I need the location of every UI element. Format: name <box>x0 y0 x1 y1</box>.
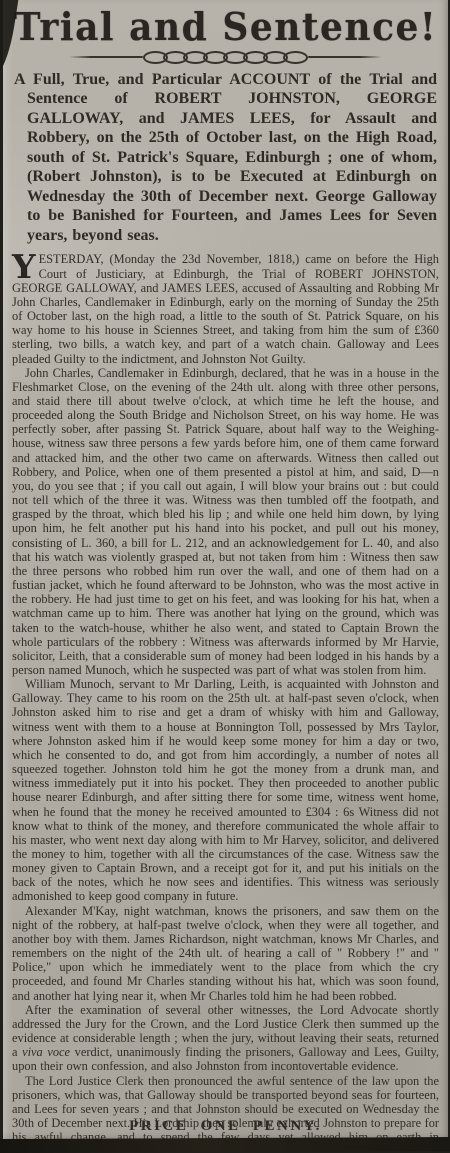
chain-rule-ornament <box>12 51 439 64</box>
scanned-broadside: Trial and Sentence! A Full, True, and Pa… <box>0 0 450 1153</box>
scan-bottom-edge <box>0 1137 450 1153</box>
chain-link-icon <box>283 51 308 64</box>
verdict-latin-phrase: viva voce <box>22 1045 70 1059</box>
subtitle-summary: A Full, True, and Particular ACCOUNT of … <box>14 70 437 246</box>
paragraph-lead: YESTERDAY, (Monday the 23d November, 181… <box>12 252 439 365</box>
verdict-text-after: verdict, unanimously finding the prisone… <box>12 1045 439 1073</box>
broadside-paper: Trial and Sentence! A Full, True, and Pa… <box>3 0 448 1140</box>
paragraph-verdict: After the examination of several other w… <box>12 1003 439 1074</box>
ornament-line-left <box>69 56 143 58</box>
paragraph-charles-testimony: John Charles, Candlemaker in Edinburgh, … <box>12 366 439 677</box>
masthead: Trial and Sentence! A Full, True, and Pa… <box>12 8 439 245</box>
paragraph-lead-text: ESTERDAY, (Monday the 23d November, 1818… <box>12 252 439 365</box>
body-text: YESTERDAY, (Monday the 23d November, 181… <box>12 252 439 1140</box>
price-imprint: PRICE ONE PENNY. <box>3 1118 448 1135</box>
broadside-title: Trial and Sentence! <box>12 8 439 48</box>
paragraph-munoch-testimony: William Munoch, servant to Mr Darling, L… <box>12 677 439 904</box>
paragraph-watchmen-testimony: Alexander M'Kay, night watchman, knows t… <box>12 904 439 1003</box>
dropcap-letter: Y <box>12 252 39 280</box>
ornament-line-right <box>308 56 382 58</box>
ornament-chain-links <box>143 51 308 64</box>
